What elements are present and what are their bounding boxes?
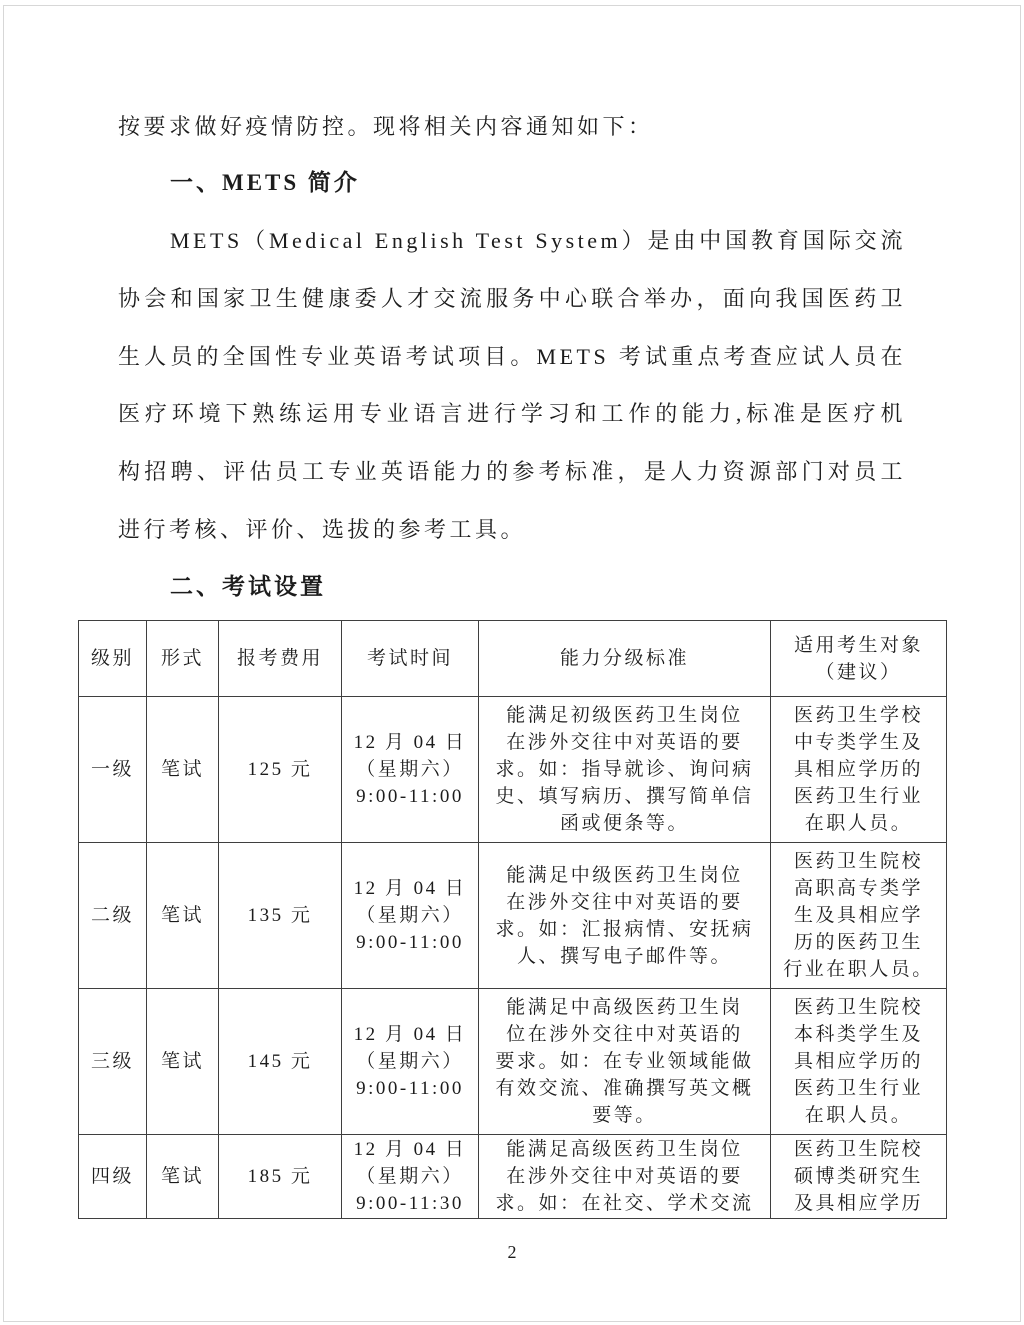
table-row: 二级 笔试 135 元 12 月 04 日 （星期六） 9:00-11:00 能…: [79, 843, 947, 989]
header-standard: 能力分级标准: [479, 621, 771, 697]
cell-audience: 医药卫生学校 中专类学生及 具相应学历的 医药卫生行业 在职人员。: [771, 697, 947, 843]
paragraph-line: 生人员的全国性专业英语考试项目。METS 考试重点考查应试人员在: [118, 342, 906, 400]
header-time: 考试时间: [342, 621, 479, 697]
cell-form: 笔试: [147, 843, 219, 989]
cell-fee: 135 元: [219, 843, 342, 989]
cell-form: 笔试: [147, 697, 219, 843]
cell-audience: 医药卫生院校 高职高专类学 生及具相应学 历的医药卫生 行业在职人员。: [771, 843, 947, 989]
cell-standard: 能满足初级医药卫生岗位 在涉外交往中对英语的要 求。如：指导就诊、询问病 史、填…: [479, 697, 771, 843]
table-row: 四级 笔试 185 元 12 月 04 日 （星期六） 9:00-11:30 能…: [79, 1135, 947, 1219]
header-form: 形式: [147, 621, 219, 697]
cell-time: 12 月 04 日 （星期六） 9:00-11:00: [342, 697, 479, 843]
paragraph-line: 构招聘、评估员工专业英语能力的参考标准，是人力资源部门对员工: [118, 457, 906, 515]
paragraph-line: 协会和国家卫生健康委人才交流服务中心联合举办，面向我国医药卫: [118, 284, 906, 342]
cell-standard: 能满足中高级医药卫生岗 位在涉外交往中对英语的 要求。如：在专业领域能做 有效交…: [479, 989, 771, 1135]
cell-form: 笔试: [147, 989, 219, 1135]
cell-level: 一级: [79, 697, 147, 843]
cell-fee: 185 元: [219, 1135, 342, 1219]
cell-level: 二级: [79, 843, 147, 989]
cell-standard: 能满足高级医药卫生岗位 在涉外交往中对英语的要 求。如：在社交、学术交流: [479, 1135, 771, 1219]
cell-standard: 能满足中级医药卫生岗位 在涉外交往中对英语的要 求。如：汇报病情、安抚病 人、撰…: [479, 843, 771, 989]
header-fee: 报考费用: [219, 621, 342, 697]
mets-intro-paragraph: METS（Medical English Test System）是由中国教育国…: [118, 226, 906, 573]
cell-time: 12 月 04 日 （星期六） 9:00-11:00: [342, 843, 479, 989]
paragraph-line: 医疗环境下熟练运用专业语言进行学习和工作的能力,标准是医疗机: [118, 399, 906, 457]
cell-fee: 145 元: [219, 989, 342, 1135]
table-header-row: 级别 形式 报考费用 考试时间 能力分级标准 适用考生对象 （建议）: [79, 621, 947, 697]
exam-settings-table: 级别 形式 报考费用 考试时间 能力分级标准 适用考生对象 （建议） 一级 笔试…: [78, 620, 947, 1219]
page-number: 2: [0, 1242, 1024, 1263]
cell-level: 四级: [79, 1135, 147, 1219]
cell-form: 笔试: [147, 1135, 219, 1219]
header-level: 级别: [79, 621, 147, 697]
cell-time: 12 月 04 日 （星期六） 9:00-11:30: [342, 1135, 479, 1219]
cell-fee: 125 元: [219, 697, 342, 843]
cell-audience: 医药卫生院校 本科类学生及 具相应学历的 医药卫生行业 在职人员。: [771, 989, 947, 1135]
paragraph-line: METS（Medical English Test System）是由中国教育国…: [118, 226, 906, 284]
cell-audience: 医药卫生院校 硕博类研究生 及具相应学历: [771, 1135, 947, 1219]
section1-heading: 一、METS 简介: [170, 168, 360, 198]
cell-level: 三级: [79, 989, 147, 1135]
table-row: 一级 笔试 125 元 12 月 04 日 （星期六） 9:00-11:00 能…: [79, 697, 947, 843]
table-row: 三级 笔试 145 元 12 月 04 日 （星期六） 9:00-11:00 能…: [79, 989, 947, 1135]
intro-line: 按要求做好疫情防控。现将相关内容通知如下：: [118, 112, 918, 142]
header-audience: 适用考生对象 （建议）: [771, 621, 947, 697]
paragraph-line: 进行考核、评价、选拔的参考工具。: [118, 515, 906, 573]
cell-time: 12 月 04 日 （星期六） 9:00-11:00: [342, 989, 479, 1135]
section2-heading: 二、考试设置: [170, 572, 326, 602]
document-page: 按要求做好疫情防控。现将相关内容通知如下： 一、METS 简介 METS（Med…: [0, 0, 1024, 1325]
